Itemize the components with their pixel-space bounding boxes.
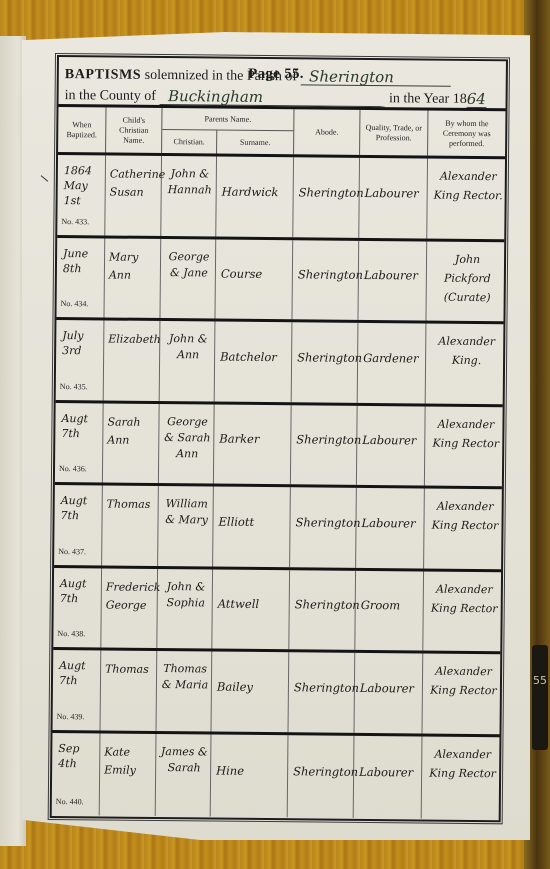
entry-date-cell: Augt 7thNo. 439. — [53, 650, 102, 730]
entry-surname: Hine — [211, 734, 289, 817]
entry-parents: James & Sarah — [156, 733, 212, 816]
entry-officiant: Alexander King Rector — [424, 489, 502, 569]
entry-abode: Sherington — [291, 405, 358, 485]
col-child-name: Child's Christian Name. — [106, 107, 162, 153]
entry-number: No. 434. — [61, 296, 89, 311]
entry-number: No. 440. — [56, 794, 84, 809]
entry-date: Augt 7th — [61, 411, 100, 441]
register-entry: Augt 7thNo. 437. Thomas William & Mary E… — [54, 485, 502, 572]
entry-profession: Labourer — [355, 653, 424, 733]
entry-date: Augt 7th — [60, 576, 99, 606]
register-heading-text: solemnized in the Parish of — [145, 68, 298, 85]
entry-year: 1864 — [64, 163, 103, 178]
entry-date-cell: Augt 7thNo. 438. — [53, 567, 102, 647]
entry-officiant: John Pickford (Curate) — [426, 241, 504, 321]
register-entry: Augt 7thNo. 438. Frederick George John &… — [53, 567, 501, 654]
entry-date-cell: July 3rdNo. 435. — [56, 320, 105, 400]
entry-profession: Labourer — [358, 240, 427, 320]
entry-child: Catherine Susan — [105, 155, 162, 235]
entry-date: Augt 7th — [61, 493, 100, 523]
entry-number: No. 433. — [61, 214, 89, 229]
year-field: 64 — [467, 91, 487, 108]
entry-parents: Thomas & Maria — [157, 651, 213, 731]
entry-date: Augt 7th — [59, 658, 98, 688]
entry-abode: Sherington — [293, 157, 360, 237]
entry-parents: John & Sophia — [157, 568, 213, 648]
entry-surname: Bailey — [212, 652, 290, 732]
entry-child: Mary Ann — [104, 238, 161, 318]
entry-child: Elizabeth — [104, 320, 161, 400]
entry-number: No. 437. — [58, 544, 86, 559]
column-headers: When Baptized. Child's Christian Name. P… — [58, 107, 505, 159]
entry-date: July 3rd — [62, 328, 101, 358]
entry-profession: Labourer — [354, 735, 423, 818]
entry-date: Sep 4th — [58, 741, 97, 771]
entry-officiant: Alexander King. — [426, 324, 504, 404]
entry-abode: Sherington — [288, 735, 355, 818]
col-parents-christian: Christian. — [162, 130, 217, 154]
col-parents-name: Parents Name. — [162, 108, 293, 131]
entry-surname: Course — [215, 239, 293, 319]
entry-abode: Sherington — [290, 487, 357, 567]
entry-officiant: Alexander King Rector. — [427, 159, 505, 239]
col-parents-surname: Surname. — [217, 131, 293, 155]
entry-date: May 1st — [64, 178, 103, 208]
entry-parents: George & Jane — [160, 239, 216, 319]
entry-number: No. 435. — [60, 379, 88, 394]
entry-officiant: Alexander King Rector — [422, 736, 500, 819]
register-entry: 1864May 1stNo. 433. Catherine Susan John… — [57, 155, 505, 242]
entry-date-cell: Augt 7thNo. 437. — [54, 485, 103, 565]
entry-abode: Sherington — [292, 240, 359, 320]
entry-profession: Labourer — [356, 488, 425, 568]
entry-profession: Gardener — [358, 323, 427, 403]
col-profession: Quality, Trade, or Profession. — [360, 110, 428, 156]
entry-number: No. 436. — [59, 461, 87, 476]
entry-number: No. 438. — [57, 626, 85, 641]
register-entry: Sep 4thNo. 440. Kate Emily James & Sarah… — [52, 732, 500, 819]
entry-abode: Sherington — [289, 652, 356, 732]
register-entry: July 3rdNo. 435. Elizabeth John & Ann Ba… — [56, 320, 504, 407]
entry-date: June 8th — [63, 246, 102, 276]
entry-surname: Attwell — [212, 569, 290, 649]
entry-child: Sarah Ann — [103, 403, 160, 483]
year-label: in the Year 18 — [389, 91, 467, 108]
register-entries: 1864May 1stNo. 433. Catherine Susan John… — [52, 155, 505, 819]
col-parents-group: Parents Name. Christian. Surname. — [162, 108, 294, 154]
entry-date-cell: June 8thNo. 434. — [56, 238, 105, 318]
entry-parents: John & Hannah — [161, 156, 217, 236]
entry-profession: Groom — [355, 570, 424, 650]
entry-abode: Sherington — [289, 570, 356, 650]
register-header: BAPTISMS solemnized in the Parish of She… — [59, 57, 506, 111]
col-abode: Abode. — [294, 109, 360, 155]
entry-date-cell: 1864May 1stNo. 433. — [57, 155, 106, 235]
entry-surname: Barker — [214, 404, 292, 484]
entry-surname: Batchelor — [215, 322, 293, 402]
entry-child: Thomas — [101, 650, 158, 730]
entry-child: Kate Emily — [100, 733, 157, 816]
col-when-baptized: When Baptized. — [58, 107, 106, 152]
entry-officiant: Alexander King Rector — [423, 571, 501, 651]
entry-officiant: Alexander King Rector — [425, 406, 503, 486]
register-entry: June 8thNo. 434. Mary Ann George & Jane … — [56, 238, 504, 325]
entry-number: No. 439. — [57, 709, 85, 724]
entry-child: Thomas — [102, 485, 159, 565]
register-entry: Augt 7thNo. 439. Thomas Thomas & Maria B… — [52, 650, 500, 737]
baptism-register-table: BAPTISMS solemnized in the Parish of She… — [50, 55, 508, 822]
entry-profession: Labourer — [359, 158, 428, 238]
entry-abode: Sherington — [292, 322, 359, 402]
col-by-whom: By whom the Ceremony was performed. — [428, 111, 505, 157]
entry-parents: John & Ann — [160, 321, 216, 401]
entry-parents: George & Sarah Ann — [159, 404, 215, 484]
entry-surname: Elliott — [213, 487, 291, 567]
register-entry: Augt 7thNo. 436. Sarah Ann George & Sara… — [55, 403, 503, 490]
entry-profession: Labourer — [357, 405, 426, 485]
register-heading: BAPTISMS — [65, 67, 142, 84]
page-tab-label: 55 — [532, 675, 548, 687]
entry-parents: William & Mary — [158, 486, 214, 566]
county-label: in the County of — [65, 88, 157, 105]
parish-field: Sherington — [301, 68, 451, 86]
entry-child: Frederick George — [101, 568, 158, 648]
page-tab: 55 — [532, 645, 548, 750]
county-field: Buckingham — [160, 88, 385, 107]
entry-surname: Hardwick — [216, 157, 294, 237]
entry-officiant: Alexander King Rector — [423, 654, 501, 734]
entry-date-cell: Augt 7thNo. 436. — [55, 403, 104, 483]
entry-date-cell: Sep 4thNo. 440. — [52, 732, 101, 815]
